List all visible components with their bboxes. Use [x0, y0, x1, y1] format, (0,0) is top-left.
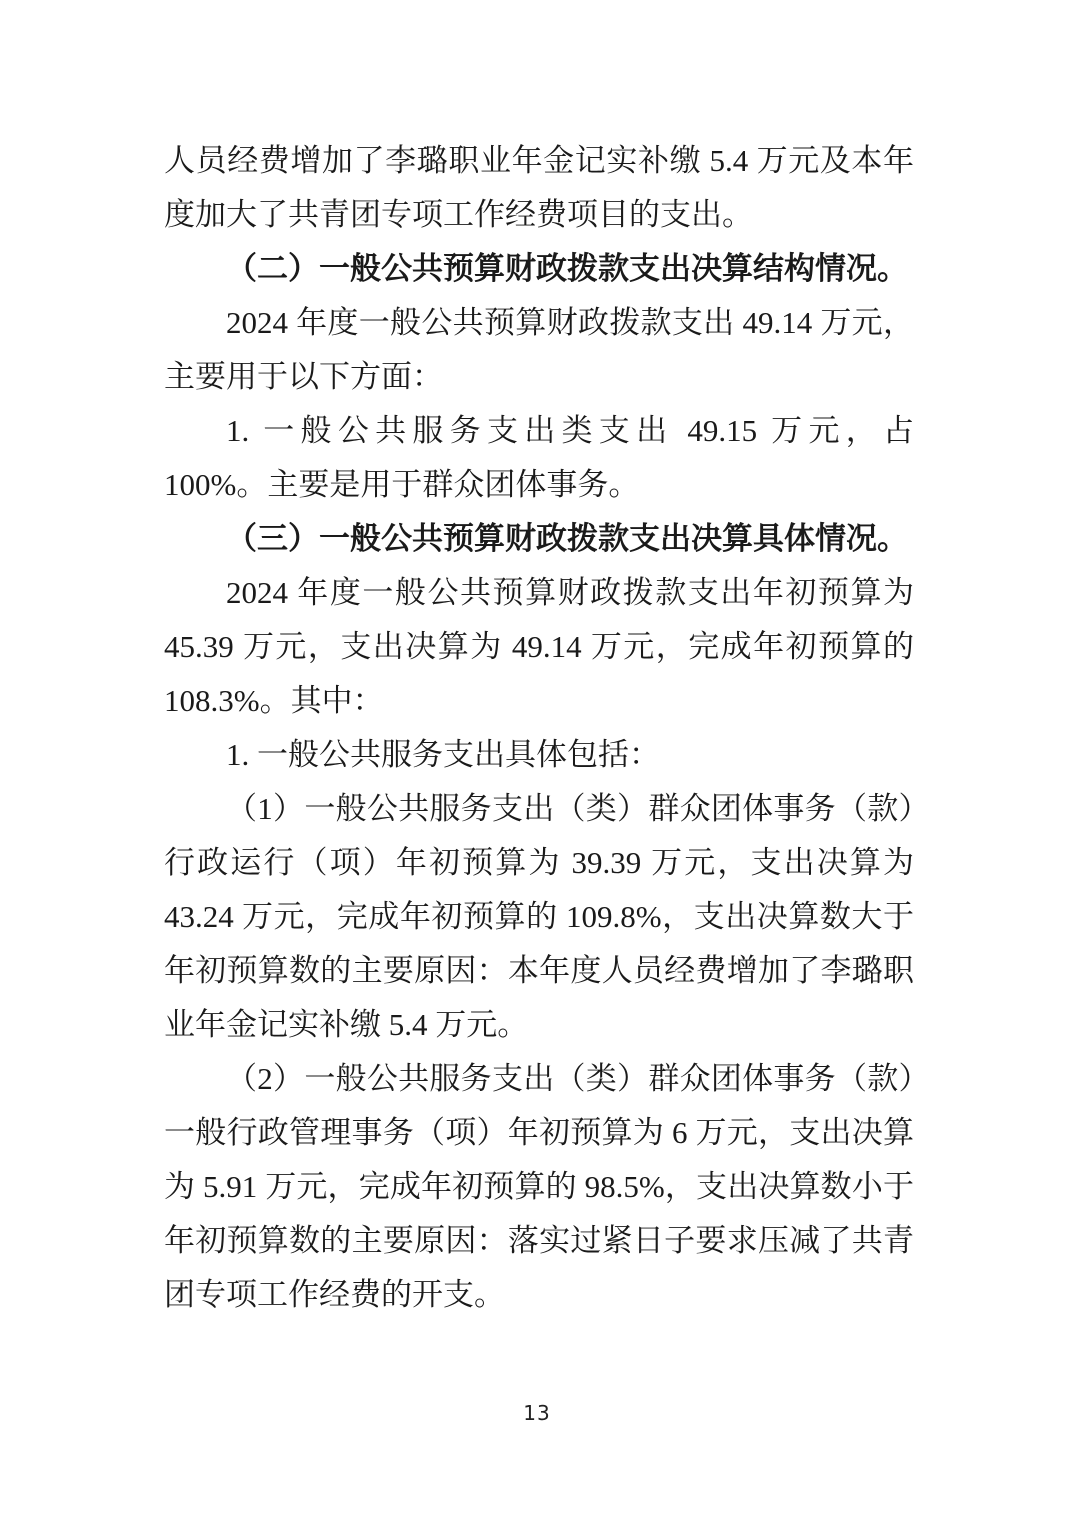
paragraph: 2024 年度一般公共预算财政拨款支出 49.14 万元，主要用于以下方面：	[164, 296, 914, 404]
section-heading: （二）一般公共预算财政拨款支出决算结构情况。	[164, 242, 914, 296]
paragraph: 1. 一般公共服务支出类支出 49.15 万元，占 100%。主要是用于群众团体…	[164, 404, 914, 512]
document-text-block: 人员经费增加了李璐职业年金记实补缴 5.4 万元及本年度加大了共青团专项工作经费…	[164, 134, 914, 1322]
paragraph: 1. 一般公共服务支出具体包括：	[164, 728, 914, 782]
page-number: 13	[523, 1401, 550, 1425]
paragraph: （1）一般公共服务支出（类）群众团体事务（款）行政运行（项）年初预算为 39.3…	[164, 782, 914, 1052]
document-page: 人员经费增加了李璐职业年金记实补缴 5.4 万元及本年度加大了共青团专项工作经费…	[0, 0, 1074, 1520]
page-footer: 13	[0, 1401, 1074, 1425]
paragraph: （2）一般公共服务支出（类）群众团体事务（款）一般行政管理事务（项）年初预算为 …	[164, 1052, 914, 1322]
paragraph: 2024 年度一般公共预算财政拨款支出年初预算为 45.39 万元，支出决算为 …	[164, 566, 914, 728]
section-heading: （三）一般公共预算财政拨款支出决算具体情况。	[164, 512, 914, 566]
paragraph: 人员经费增加了李璐职业年金记实补缴 5.4 万元及本年度加大了共青团专项工作经费…	[164, 134, 914, 242]
